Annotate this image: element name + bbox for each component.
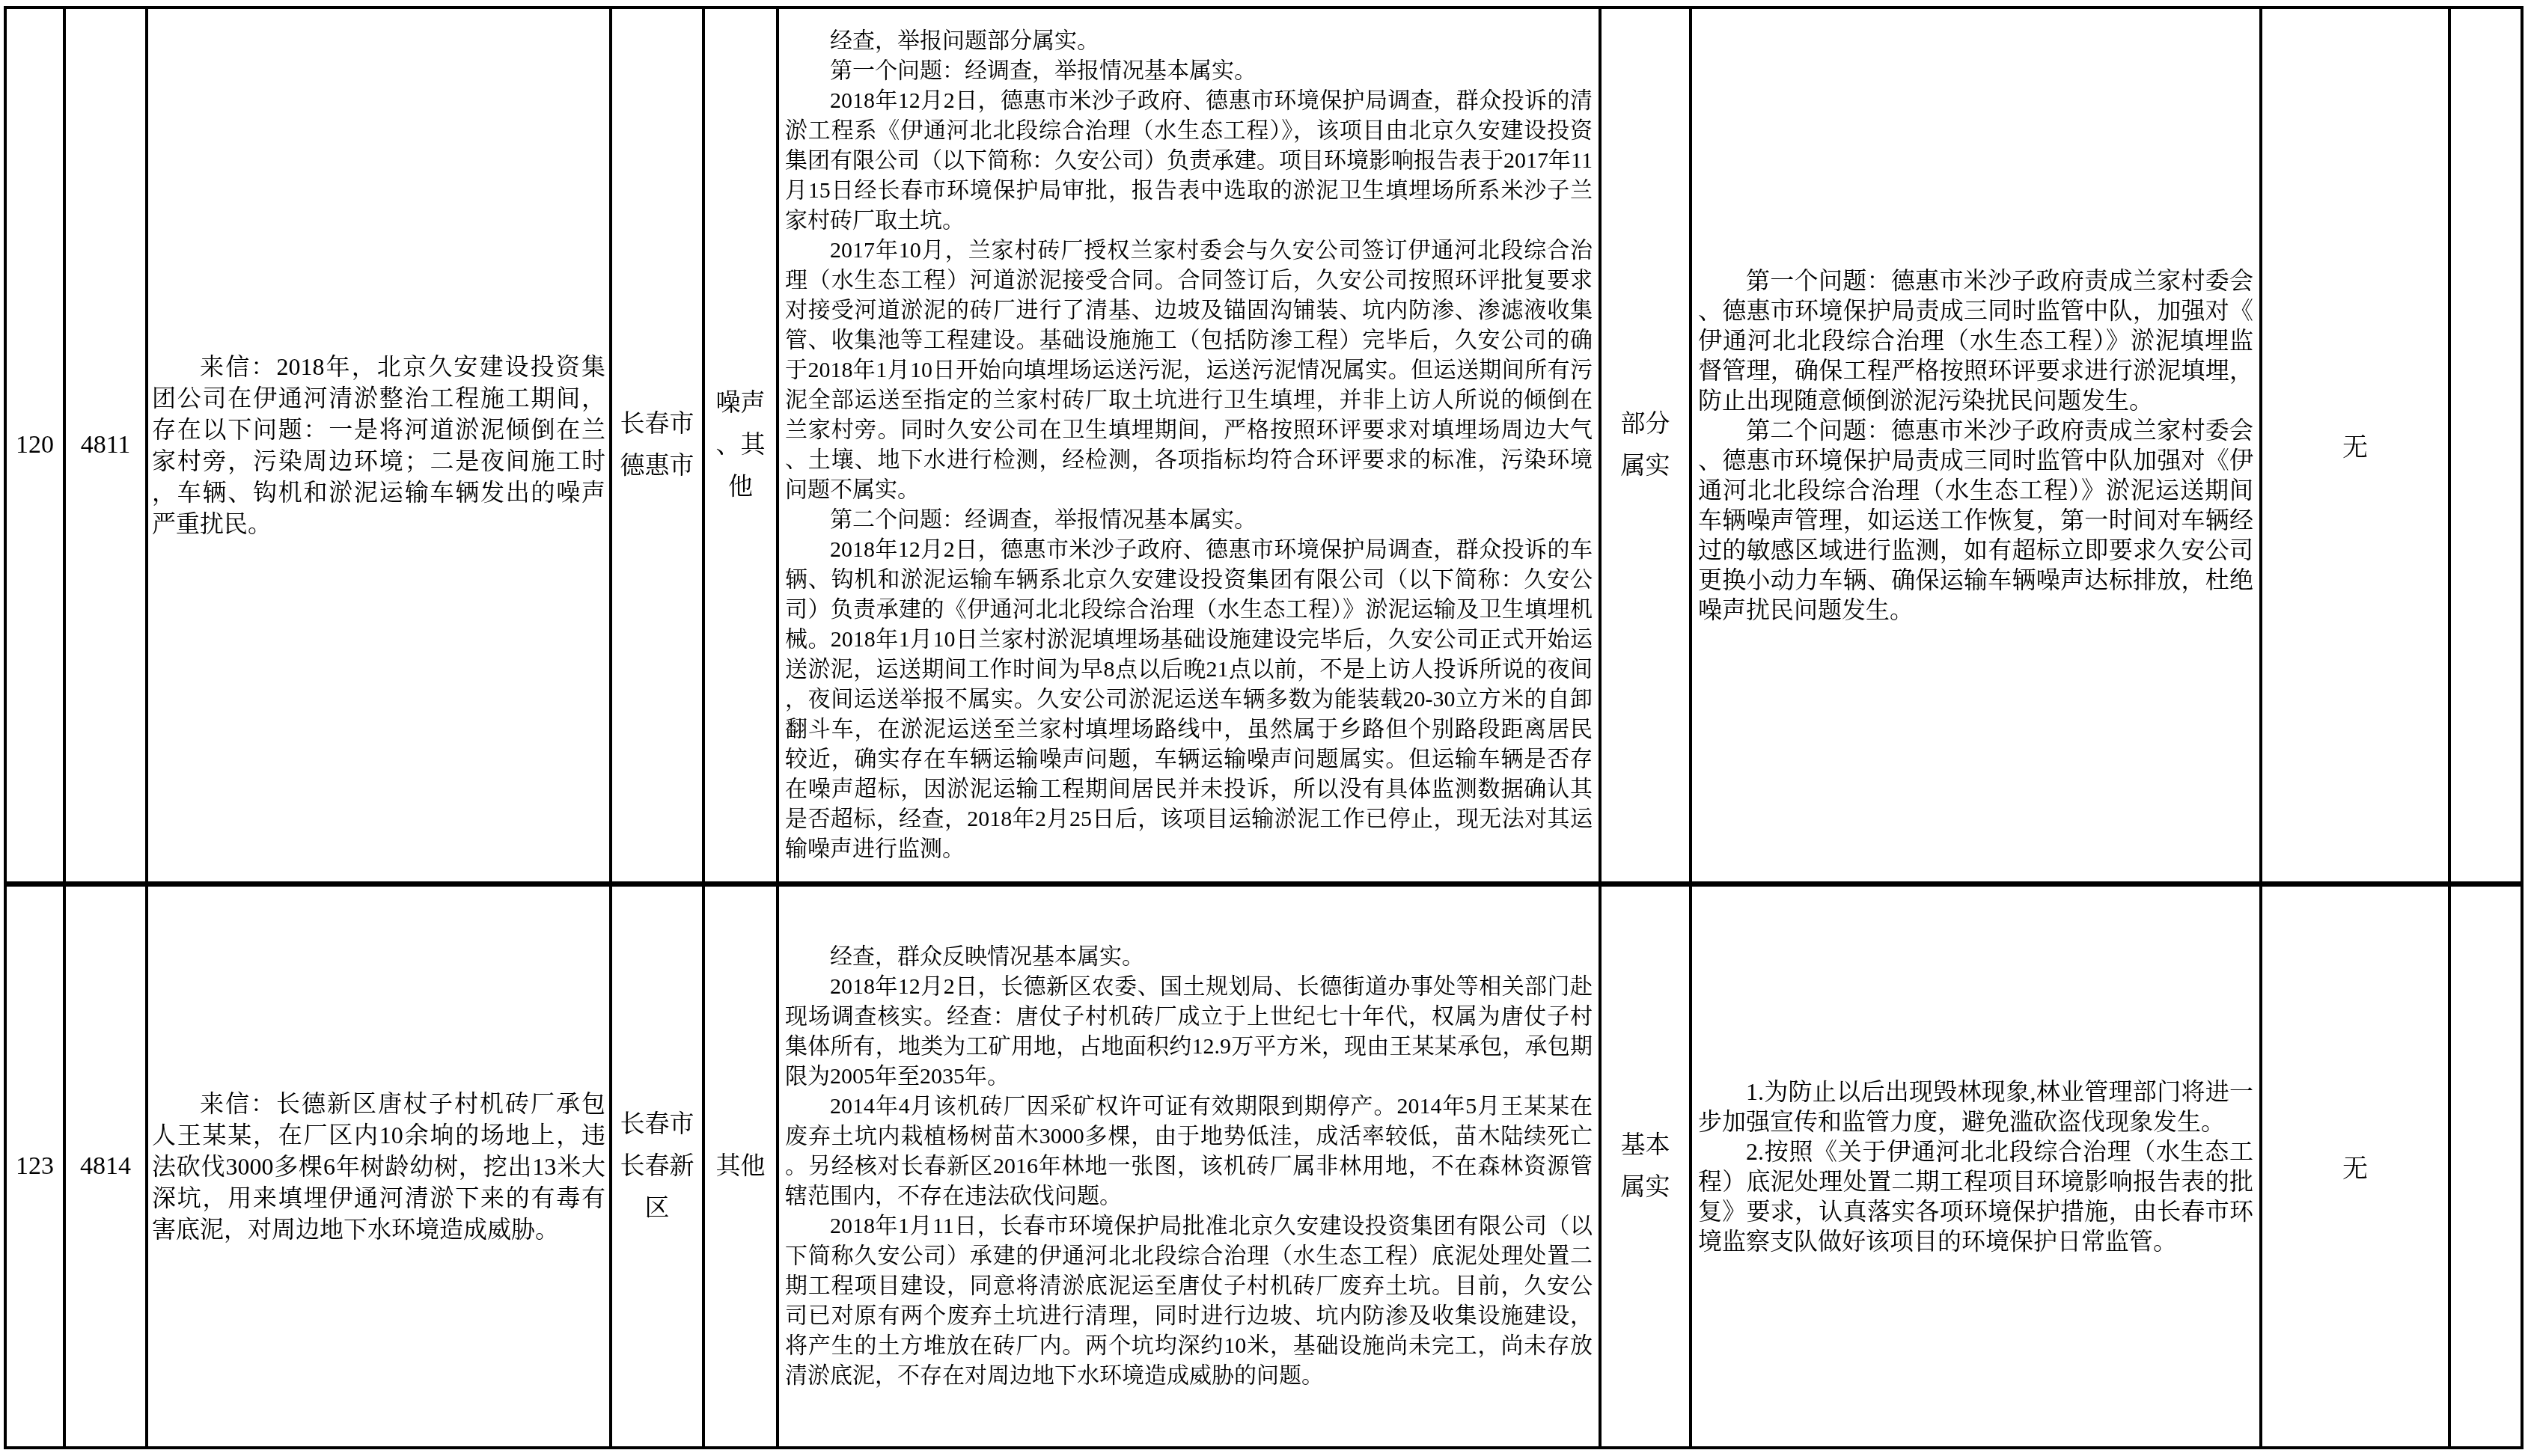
measures-cell: 第一个问题：德惠市米沙子政府责成兰家村委会、德惠市环境保护局责成三同时监管中队，… [1691,7,2261,884]
investigation-paragraph: 2018年12月2日，长德新区农委、国土规划局、长德街道办事处等相关部门赴现场调… [785,972,1593,1092]
verdict-cell: 部分属实 [1600,7,1691,884]
type-text: 噪声、其他 [715,382,766,508]
seq-cell: 123 [5,884,64,1448]
complaint-text: 来信：长德新区唐杖子村机砖厂承包人王某某，在厂区内10余垧的场地上，违法砍伐30… [152,1088,605,1245]
region-cell: 长春市德惠市 [611,7,703,884]
table-row: 123 4814 来信：长德新区唐杖子村机砖厂承包人王某某，在厂区内10余垧的场… [5,884,2522,1448]
complaint-cell: 来信：2018年，北京久安建设投资集团公司在伊通河清淤整治工程施工期间，存在以下… [147,7,611,884]
investigation-paragraph: 经查，群众反映情况基本属实。 [785,942,1593,972]
region-cell: 长春市长春新区 [611,884,703,1448]
verdict-text: 部分属实 [1620,403,1670,487]
document-page: 120 4811 来信：2018年，北京久安建设投资集团公司在伊通河清淤整治工程… [0,0,2525,1456]
accountability-cell: 无 [2261,7,2449,884]
complaint-text: 来信：2018年，北京久安建设投资集团公司在伊通河清淤整治工程施工期间，存在以下… [152,351,605,539]
measures-paragraph: 2.按照《关于伊通河北北段综合治理（水生态工程）底泥处理处置二期工程项目环境影响… [1698,1137,2253,1256]
complaint-cell: 来信：长德新区唐杖子村机砖厂承包人王某某，在厂区内10余垧的场地上，违法砍伐30… [147,884,611,1448]
type-cell: 噪声、其他 [703,7,778,884]
investigation-paragraph: 2018年12月2日，德惠市米沙子政府、德惠市环境保护局调查，群众投诉的车辆、钩… [785,535,1593,864]
investigation-paragraph: 2018年1月11日，长春市环境保护局批准北京久安建设投资集团有限公司（以下简称… [785,1211,1593,1391]
case-no-cell: 4811 [64,7,147,884]
investigation-paragraph: 第一个问题：经调查，举报情况基本属实。 [785,56,1593,86]
investigation-cell: 经查，举报问题部分属实。 第一个问题：经调查，举报情况基本属实。 2018年12… [778,7,1600,884]
seq-cell: 120 [5,7,64,884]
region-text: 长春市德惠市 [620,403,694,487]
table-row: 120 4811 来信：2018年，北京久安建设投资集团公司在伊通河清淤整治工程… [5,7,2522,884]
measures-cell: 1.为防止以后出现毁林现象,林业管理部门将进一步加强宣传和监管力度，避免滥砍盗伐… [1691,884,2261,1448]
investigation-paragraph: 2014年4月该机砖厂因采矿权许可证有效期限到期停产。2014年5月王某某在废弃… [785,1092,1593,1211]
type-text: 其他 [715,1145,766,1187]
investigation-paragraph: 第二个问题：经调查，举报情况基本属实。 [785,505,1593,535]
investigation-cell: 经查，群众反映情况基本属实。 2018年12月2日，长德新区农委、国土规划局、长… [778,884,1600,1448]
measures-paragraph: 第一个问题：德惠市米沙子政府责成兰家村委会、德惠市环境保护局责成三同时监管中队，… [1698,266,2253,415]
case-no-cell: 4814 [64,884,147,1448]
accountability-cell: 无 [2261,884,2449,1448]
empty-cell [2449,884,2522,1448]
verdict-cell: 基本属实 [1600,884,1691,1448]
measures-paragraph: 1.为防止以后出现毁林现象,林业管理部门将进一步加强宣传和监管力度，避免滥砍盗伐… [1698,1077,2253,1137]
region-text: 长春市长春新区 [620,1104,694,1229]
type-cell: 其他 [703,884,778,1448]
measures-paragraph: 第二个问题：德惠市米沙子政府责成兰家村委会、德惠市环境保护局责成三同时监管中队加… [1698,415,2253,625]
investigation-paragraph: 2018年12月2日，德惠市米沙子政府、德惠市环境保护局调查，群众投诉的清淤工程… [785,86,1593,236]
empty-cell [2449,7,2522,884]
investigation-paragraph: 2017年10月，兰家村砖厂授权兰家村委会与久安公司签订伊通河北段综合治理（水生… [785,236,1593,505]
complaint-table: 120 4811 来信：2018年，北京久安建设投资集团公司在伊通河清淤整治工程… [4,6,2524,1449]
investigation-paragraph: 经查，举报问题部分属实。 [785,26,1593,56]
verdict-text: 基本属实 [1620,1125,1670,1208]
